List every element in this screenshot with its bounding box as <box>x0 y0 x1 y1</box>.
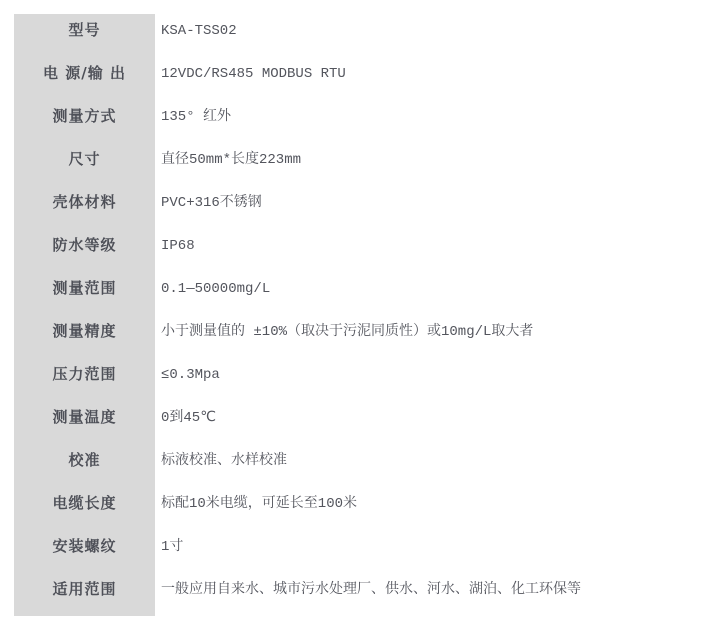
spec-row-pressure-range: 压力范围 ≤0.3Mpa <box>14 358 710 401</box>
spec-row-measure-temperature: 测量温度 0到45℃ <box>14 401 710 444</box>
spec-row-cable-length: 电缆长度 标配10米电缆，可延长至100米 <box>14 487 710 530</box>
spec-label: 电缆长度 <box>14 487 155 530</box>
spec-value: PVC+316不锈钢 <box>155 186 710 229</box>
spec-value: 一般应用自来水、城市污水处理厂、供水、河水、湖泊、化工环保等 <box>155 573 710 616</box>
spec-value: 1寸 <box>155 530 710 573</box>
spec-row-calibration: 校准 标液校准、水样校准 <box>14 444 710 487</box>
spec-label: 测量精度 <box>14 315 155 358</box>
spec-label: 壳体材料 <box>14 186 155 229</box>
spec-row-model: 型号 KSA-TSS02 <box>14 14 710 57</box>
spec-label: 型号 <box>14 14 155 57</box>
spec-label: 安装螺纹 <box>14 530 155 573</box>
spec-label: 测量方式 <box>14 100 155 143</box>
spec-label: 防水等级 <box>14 229 155 272</box>
spec-row-measure-range: 测量范围 0.1—50000mg/L <box>14 272 710 315</box>
spec-label: 测量温度 <box>14 401 155 444</box>
spec-value: IP68 <box>155 229 710 272</box>
spec-value: 135° 红外 <box>155 100 710 143</box>
spec-row-dimensions: 尺寸 直径50mm*长度223mm <box>14 143 710 186</box>
spec-row-waterproof-rating: 防水等级 IP68 <box>14 229 710 272</box>
spec-label: 适用范围 <box>14 573 155 616</box>
spec-value: 0到45℃ <box>155 401 710 444</box>
spec-value: ≤0.3Mpa <box>155 358 710 401</box>
spec-value: 直径50mm*长度223mm <box>155 143 710 186</box>
spec-row-power-output: 电 源/输 出 12VDC/RS485 MODBUS RTU <box>14 57 710 100</box>
spec-value: 小于测量值的 ±10%（取决于污泥同质性）或10mg/L取大者 <box>155 315 710 358</box>
spec-value: 12VDC/RS485 MODBUS RTU <box>155 57 710 100</box>
spec-label: 电 源/输 出 <box>14 57 155 100</box>
spec-row-accuracy: 测量精度 小于测量值的 ±10%（取决于污泥同质性）或10mg/L取大者 <box>14 315 710 358</box>
spec-label: 校准 <box>14 444 155 487</box>
spec-label: 测量范围 <box>14 272 155 315</box>
spec-table: 型号 KSA-TSS02 电 源/输 出 12VDC/RS485 MODBUS … <box>14 14 710 616</box>
spec-value: KSA-TSS02 <box>155 14 710 57</box>
spec-value: 0.1—50000mg/L <box>155 272 710 315</box>
spec-label: 压力范围 <box>14 358 155 401</box>
spec-value: 标液校准、水样校准 <box>155 444 710 487</box>
spec-row-housing-material: 壳体材料 PVC+316不锈钢 <box>14 186 710 229</box>
spec-value: 标配10米电缆，可延长至100米 <box>155 487 710 530</box>
spec-row-measure-method: 测量方式 135° 红外 <box>14 100 710 143</box>
spec-label: 尺寸 <box>14 143 155 186</box>
spec-row-mounting-thread: 安装螺纹 1寸 <box>14 530 710 573</box>
spec-row-application-scope: 适用范围 一般应用自来水、城市污水处理厂、供水、河水、湖泊、化工环保等 <box>14 573 710 616</box>
